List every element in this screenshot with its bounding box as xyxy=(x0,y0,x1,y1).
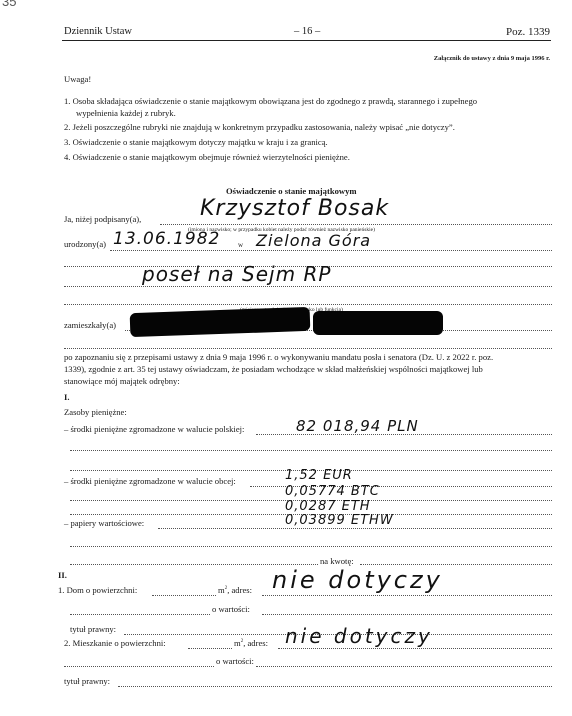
foreign-value-2[interactable]: 0,05774 BTC xyxy=(285,484,380,499)
house-address-line xyxy=(262,595,552,596)
securities-line-3 xyxy=(70,564,318,565)
position-number: Poz. 1339 xyxy=(506,26,550,38)
house-value-line-pre xyxy=(70,614,210,615)
notice-item-4: 4. Oświadczenie o stanie majątkowym obej… xyxy=(64,152,350,162)
flat-title-label: tytuł prawny: xyxy=(64,676,110,686)
flat-address-line xyxy=(278,648,552,649)
journal-title: Dziennik Ustaw xyxy=(64,26,132,37)
page-number: – 16 – xyxy=(294,26,320,37)
flat-value-label: o wartości: xyxy=(216,656,254,666)
house-title-label: tytuł prawny: xyxy=(70,624,116,634)
form-title: Oświadczenie o stanie majątkowym xyxy=(226,186,357,196)
annex-note: Załącznik do ustawy z dnia 9 maja 1996 r… xyxy=(434,55,550,62)
signed-label: Ja, niżej podpisany(a), xyxy=(64,214,141,224)
statement-line-3: stanowiące mój majątek odrębny: xyxy=(64,376,180,386)
statement-line-2: 1339), zgodnie z art. 35 tej ustawy oświ… xyxy=(64,364,483,374)
notice-item-1: 1. Osoba składająca oświadczenie o stani… xyxy=(64,96,477,106)
employment-field[interactable]: poseł na Sejm RP xyxy=(142,262,331,286)
amount-line xyxy=(360,564,552,565)
name-line xyxy=(160,224,552,225)
house-label: 1. Dom o powierzchni: xyxy=(58,585,137,595)
securities-line xyxy=(158,528,552,529)
employment-line xyxy=(64,286,552,287)
pln-line-2 xyxy=(70,450,552,451)
securities-line-2 xyxy=(70,546,552,547)
birth-place-field[interactable]: Zielona Góra xyxy=(256,231,371,250)
house-value-line xyxy=(262,614,552,615)
flat-m2: m2, adres: xyxy=(234,638,268,648)
securities-value-field[interactable]: 0,03899 ETHW xyxy=(285,513,394,528)
birth-date-field[interactable]: 13.06.1982 xyxy=(113,229,220,249)
redaction-block-2 xyxy=(313,311,443,335)
house-m2: m2, adres: xyxy=(218,585,252,595)
flat-value-line-pre xyxy=(64,666,214,667)
redaction-block-1 xyxy=(130,307,311,337)
notice-title: Uwaga! xyxy=(64,74,91,84)
corner-mark: 35 xyxy=(2,0,16,9)
born-in-label: w xyxy=(238,241,243,249)
house-area-line xyxy=(152,595,216,596)
flat-value-line xyxy=(256,666,552,667)
foreign-label: – środki pieniężne zgromadzone w walucie… xyxy=(64,476,236,486)
residence-label: zamieszkały(a) xyxy=(64,320,116,330)
foreign-value-3[interactable]: 0,0287 ETH xyxy=(285,499,371,514)
signed-name-field[interactable]: Krzysztof Bosak xyxy=(200,196,389,221)
pln-label: – środki pieniężne zgromadzone w walucie… xyxy=(64,424,244,434)
flat-address-field[interactable]: nie dotyczy xyxy=(285,624,433,648)
flat-area-line xyxy=(188,648,232,649)
header-rule xyxy=(62,40,551,41)
section-1-heading: I. xyxy=(64,392,70,402)
flat-label: 2. Mieszkanie o powierzchni: xyxy=(64,638,166,648)
foreign-value-1[interactable]: 1,52 EUR xyxy=(285,468,353,483)
statement-line-1: po zapoznaniu się z przepisami ustawy z … xyxy=(64,352,493,362)
notice-item-2: 2. Jeżeli poszczególne rubryki nie znajd… xyxy=(64,122,455,132)
house-value-label: o wartości: xyxy=(212,604,250,614)
residence-line-2 xyxy=(64,348,552,349)
house-address-field[interactable]: nie dotyczy xyxy=(272,566,443,594)
employment-line-2 xyxy=(64,304,552,305)
flat-title-line xyxy=(118,686,552,687)
birth-line xyxy=(110,250,552,251)
notice-item-1-cont: wypełnienia każdej z rubryk. xyxy=(76,108,176,118)
born-label: urodzony(a) xyxy=(64,239,106,249)
notice-item-3: 3. Oświadczenie o stanie majątkowym doty… xyxy=(64,137,328,147)
section-2-heading: II. xyxy=(58,570,67,580)
amount-label: na kwotę: xyxy=(320,556,354,566)
pln-value-field[interactable]: 82 018,94 PLN xyxy=(296,417,419,435)
cash-label: Zasoby pieniężne: xyxy=(64,407,127,417)
securities-label: – papiery wartościowe: xyxy=(64,518,144,528)
